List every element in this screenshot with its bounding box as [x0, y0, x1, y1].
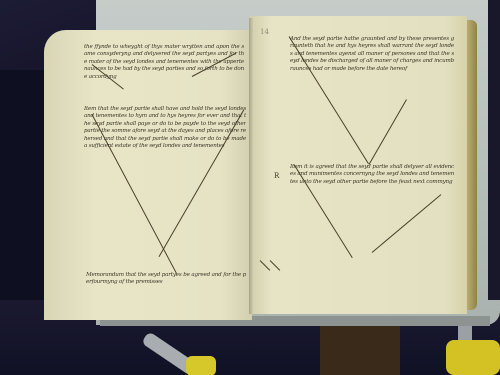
- book-gutter: [249, 18, 253, 314]
- photo-scene: the ffynde to wheyght of thys mater wryt…: [0, 0, 500, 375]
- floor-wood-patch: [320, 320, 400, 375]
- dark-background-right: [488, 0, 500, 300]
- right-page-text-block-2: Item it is agreed that the seyd partie s…: [290, 164, 454, 264]
- manuscript-book: the ffynde to wheyght of thys mater wryt…: [44, 14, 479, 314]
- stand-clamp-right: [446, 340, 500, 375]
- folio-number: 14: [260, 28, 269, 36]
- right-page-text-block-1: And the seyd partie hathe graunted and b…: [290, 36, 454, 168]
- left-page-memorandum: Memorandum that the seyd partyes be agre…: [86, 272, 246, 294]
- margin-mark: R: [274, 172, 279, 180]
- left-page-text-block-1: the ffynde to wheyght of thys mater wryt…: [84, 44, 244, 104]
- stand-clamp-left: [186, 356, 216, 375]
